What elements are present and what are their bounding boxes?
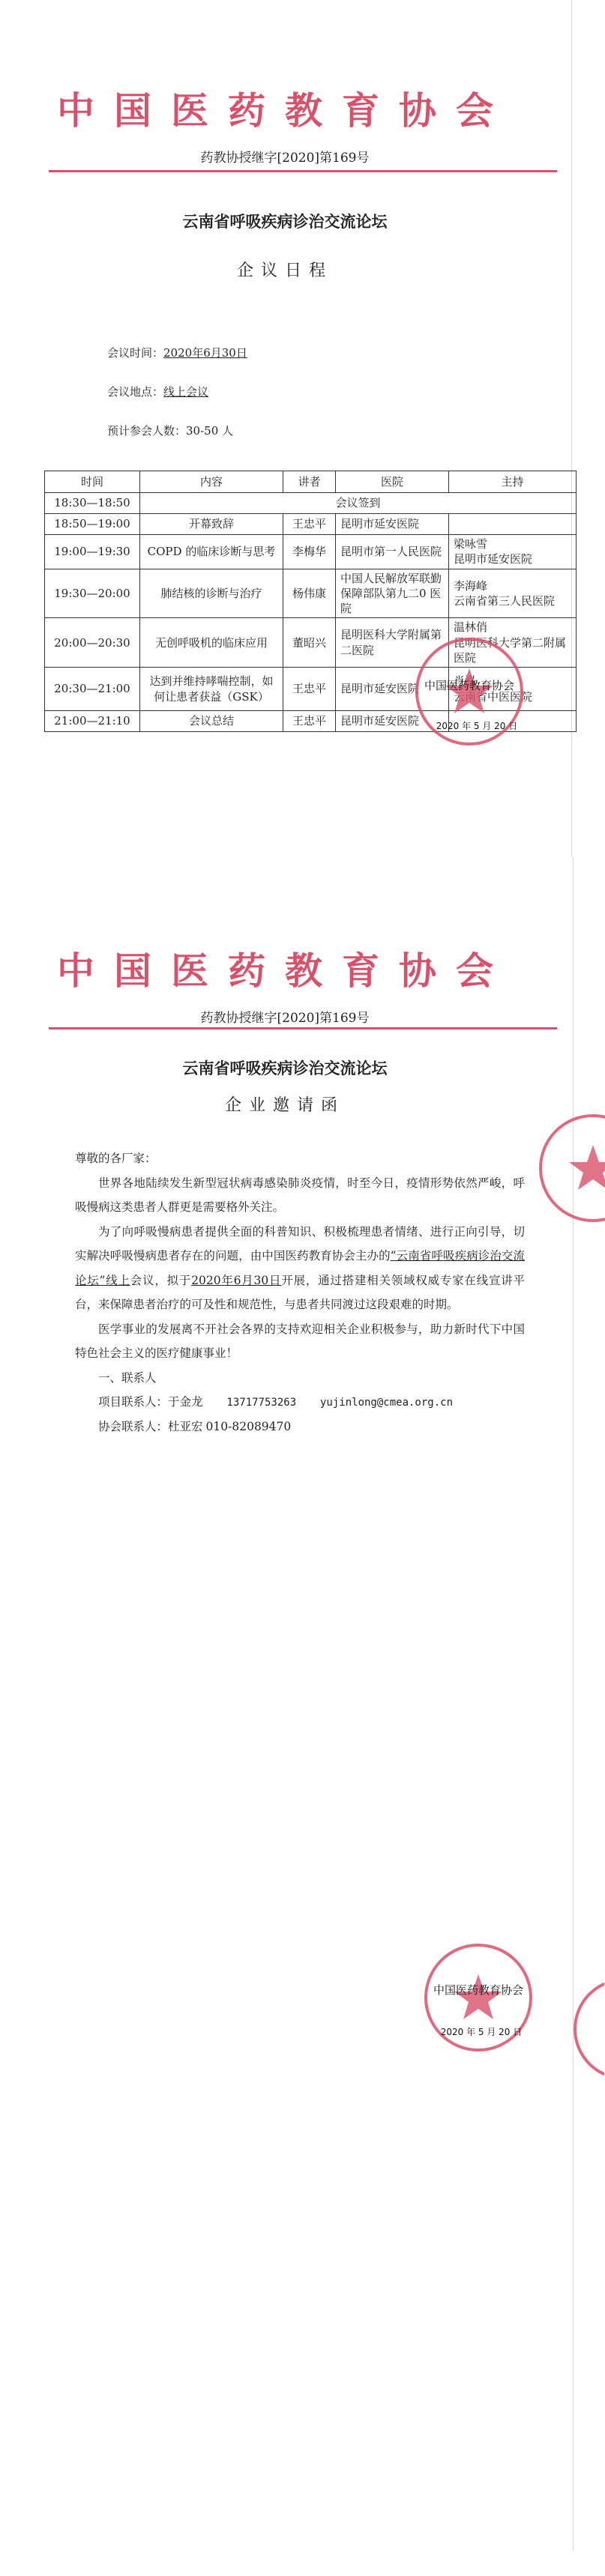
forum-title: 云南省呼吸疾病诊治交流论坛 (0, 210, 570, 232)
seal-org-name: 中国医药教育协会 (422, 1982, 535, 1998)
cell-hospital: 昆明市延安医院 (336, 514, 449, 535)
letterhead-red-rule (49, 170, 557, 172)
project-contact-email[interactable]: yujinlong@cmea.org.cn (320, 1397, 453, 1409)
association-contact: 协会联系人：杜亚宏010-82089470 (75, 1415, 525, 1439)
header-speaker: 讲者 (283, 471, 336, 493)
association-contact-label: 协会联系人： (98, 1420, 168, 1433)
project-contact-label: 项目联系人： (98, 1395, 168, 1409)
cell-speaker: 董昭兴 (283, 618, 336, 668)
cell-hospital: 中国人民解放军联勤保障部队第九二0 医院 (336, 569, 449, 618)
table-row: 18:30—18:50 会议签到 (45, 493, 577, 514)
cell-time: 19:30—20:00 (45, 569, 140, 618)
invitation-heading: 企业邀请函 (0, 1092, 570, 1116)
table-row: 19:00—19:30 COPD 的临床诊断与思考 李梅华 昆明市第一人民医院 … (45, 535, 577, 569)
seam-seal-partial (568, 1977, 604, 2081)
attendee-count-value: 30-50 人 (186, 424, 233, 438)
meeting-place-value: 线上会议 (163, 385, 208, 399)
project-contact-name: 于金龙 (168, 1395, 203, 1409)
cell-host: 梁咏雪 昆明市延安医院 (449, 535, 577, 569)
event-date-underlined: 2020年6月30日 (191, 1274, 281, 1287)
paragraph-2: 为了向呼吸慢病患者提供全面的科普知识、积极梳理患者情绪、进行正向引导，切实解决呼… (75, 1220, 525, 1317)
meeting-time-value: 2020年6月30日 (163, 346, 247, 360)
header-host: 主持 (449, 471, 577, 493)
cell-time: 18:30—18:50 (45, 493, 140, 514)
cell-content: 达到并维持哮喘控制，如何让患者获益（GSK） (140, 668, 283, 711)
seam-seal-partial (537, 1112, 605, 1224)
cell-host: 李海峰 云南省第三人民医院 (449, 569, 577, 618)
cell-time: 20:30—21:00 (45, 668, 140, 711)
paragraph-2-mid: 会议，拟于 (130, 1274, 191, 1287)
meeting-time: 会议时间：2020年6月30日 (107, 345, 247, 360)
seal-date: 2020 年 5 月 20 日 (425, 2025, 538, 2038)
document-number: 药教协授继字[2020]第169号 (0, 1007, 570, 1026)
meeting-time-label: 会议时间： (107, 346, 163, 360)
page-edge (573, 857, 574, 2551)
cell-content: 无创呼吸机的临床应用 (140, 618, 283, 668)
letterhead-red-rule (49, 1027, 557, 1030)
org-letterhead-title: 中国医药教育协会 (0, 81, 570, 135)
schedule-heading: 企议日程 (0, 258, 570, 281)
forum-title: 云南省呼吸疾病诊治交流论坛 (0, 1056, 570, 1079)
project-contact-phone: 13717753263 (226, 1397, 296, 1409)
seal-org-name: 中国医药教育协会 (413, 677, 526, 693)
meeting-place: 会议地点：线上会议 (107, 384, 208, 399)
org-letterhead-title: 中国医药教育协会 (0, 941, 570, 995)
cell-time: 19:00—19:30 (45, 535, 140, 569)
project-contact: 项目联系人：于金龙 13717753263 yujinlong@cmea.org… (75, 1390, 525, 1415)
page-1-schedule: 中国医药教育协会 药教协授继字[2020]第169号 云南省呼吸疾病诊治交流论坛… (0, 0, 605, 857)
meeting-place-label: 会议地点： (107, 385, 163, 399)
cell-content: 会议签到 (140, 493, 577, 514)
cell-host (449, 514, 577, 535)
cell-content: 肺结核的诊断与治疗 (140, 569, 283, 618)
cell-hospital: 昆明市第一人民医院 (336, 535, 449, 569)
seal-icon (537, 1112, 605, 1224)
official-seal: 中国医药教育协会 2020 年 5 月 20 日 (413, 635, 526, 748)
table-row: 18:50—19:00 开幕致辞 王忠平 昆明市延安医院 (45, 514, 577, 535)
official-seal: 中国医药教育协会 2020 年 5 月 20 日 (422, 1941, 535, 2054)
cell-speaker: 王忠平 (283, 668, 336, 711)
header-content: 内容 (140, 471, 283, 493)
cell-speaker: 王忠平 (283, 514, 336, 535)
cell-content: 开幕致辞 (140, 514, 283, 535)
seal-icon (568, 1977, 604, 2081)
salutation: 尊敬的各厂家： (75, 1146, 525, 1171)
section-heading-contacts: 一、联系人 (75, 1366, 525, 1391)
cell-speaker: 李梅华 (283, 535, 336, 569)
association-contact-name: 杜亚宏 (168, 1420, 203, 1433)
cell-speaker: 王忠平 (283, 711, 336, 732)
attendee-count: 预计参会人数：30-50 人 (107, 423, 233, 438)
cell-time: 20:00—20:30 (45, 618, 140, 668)
seal-date: 2020 年 5 月 20 日 (421, 719, 533, 732)
header-time: 时间 (45, 471, 140, 493)
cell-content: COPD 的临床诊断与思考 (140, 535, 283, 569)
letter-body: 尊敬的各厂家： 世界各地陆续发生新型冠状病毒感染肺炎疫情，时至今日，疫情形势依然… (75, 1146, 525, 1439)
cell-time: 18:50—19:00 (45, 514, 140, 535)
cell-speaker: 杨伟康 (283, 569, 336, 618)
table-header-row: 时间 内容 讲者 医院 主持 (45, 471, 577, 493)
paragraph-1: 世界各地陆续发生新型冠状病毒感染肺炎疫情，时至今日，疫情形势依然严峻，呼吸慢病这… (75, 1171, 525, 1220)
document-number: 药教协授继字[2020]第169号 (0, 147, 570, 166)
page-2-invitation: 中国医药教育协会 药教协授继字[2020]第169号 云南省呼吸疾病诊治交流论坛… (0, 857, 605, 2576)
cell-time: 21:00—21:10 (45, 711, 140, 732)
association-contact-phone: 010-82089470 (206, 1420, 292, 1433)
header-hospital: 医院 (336, 471, 449, 493)
cell-content: 会议总结 (140, 711, 283, 732)
attendee-count-label: 预计参会人数： (107, 424, 186, 438)
paragraph-3: 医学事业的发展离不开社会各界的支持欢迎相关企业积极参与，助力新时代下中国特色社会… (75, 1317, 525, 1366)
table-row: 19:30—20:00 肺结核的诊断与治疗 杨伟康 中国人民解放军联勤保障部队第… (45, 569, 577, 618)
